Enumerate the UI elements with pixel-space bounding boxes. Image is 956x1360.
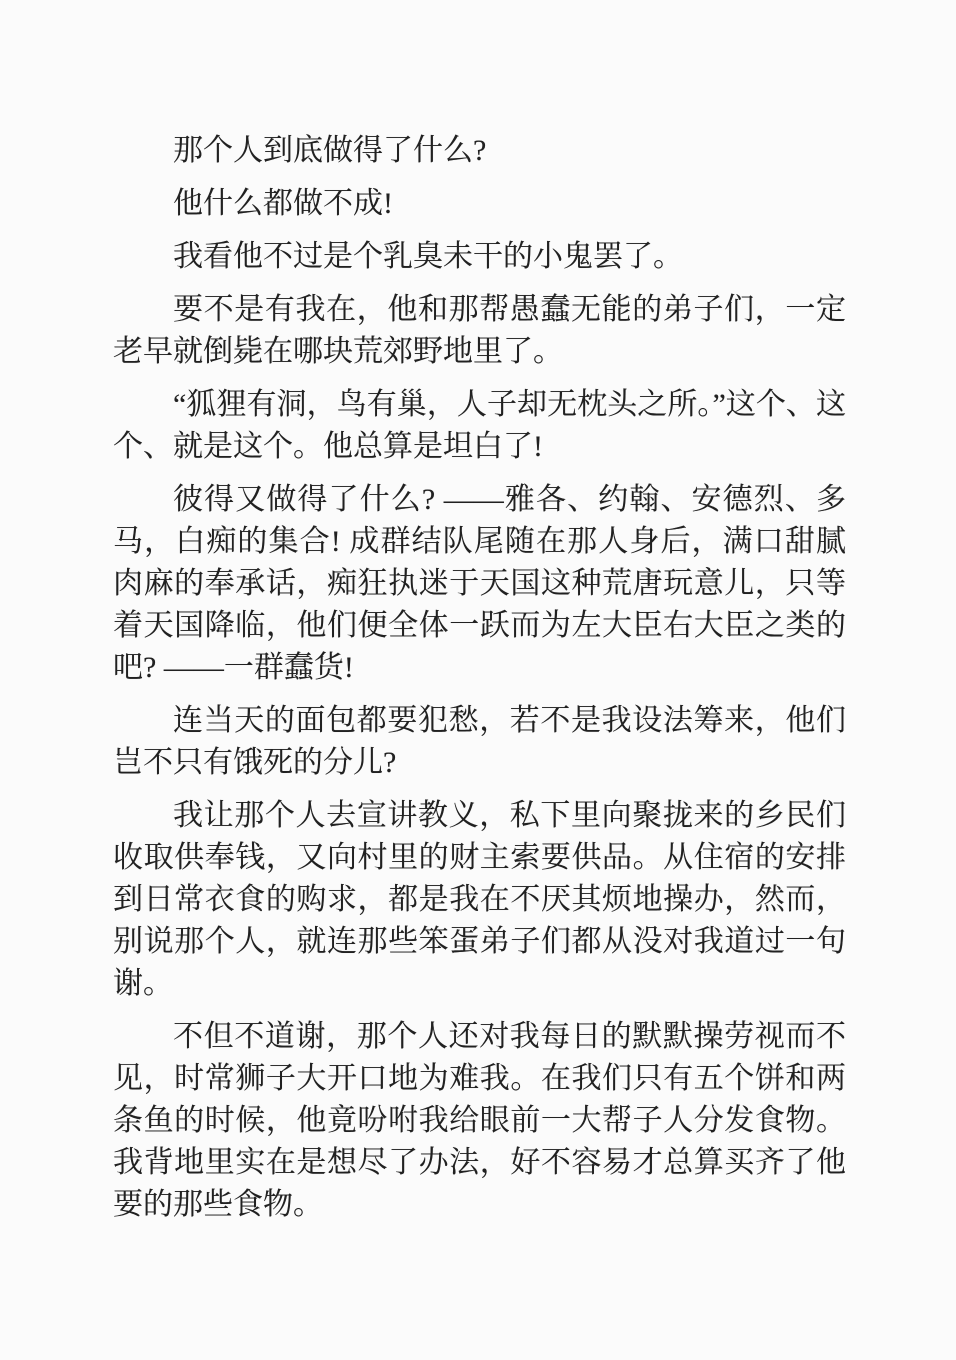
- paragraph: 要不是有我在，他和那帮愚蠢无能的弟子们，一定老早就倒毙在哪块荒郊野地里了。: [113, 289, 846, 373]
- body-text: 那个人到底做得了什么? 他什么都做不成! 我看他不过是个乳臭未干的小鬼罢了。 要…: [113, 130, 846, 1226]
- paragraph: 彼得又做得了什么? ——雅各、约翰、安德烈、多马，白痴的集合! 成群结队尾随在那…: [113, 479, 846, 689]
- document-page: 那个人到底做得了什么? 他什么都做不成! 我看他不过是个乳臭未干的小鬼罢了。 要…: [0, 0, 956, 1360]
- paragraph: 不但不道谢，那个人还对我每日的默默操劳视而不见，时常狮子大开口地为难我。在我们只…: [113, 1016, 846, 1226]
- paragraph: 连当天的面包都要犯愁，若不是我设法筹来，他们岂不只有饿死的分儿?: [113, 700, 846, 784]
- paragraph: 我让那个人去宣讲教义，私下里向聚拢来的乡民们收取供奉钱，又向村里的财主索要供品。…: [113, 795, 846, 1005]
- paragraph: 他什么都做不成!: [113, 183, 846, 225]
- paragraph: “狐狸有洞，鸟有巢，人子却无枕头之所。”这个、这个、就是这个。他总算是坦白了!: [113, 384, 846, 468]
- paragraph: 那个人到底做得了什么?: [113, 130, 846, 172]
- paragraph: 我看他不过是个乳臭未干的小鬼罢了。: [113, 236, 846, 278]
